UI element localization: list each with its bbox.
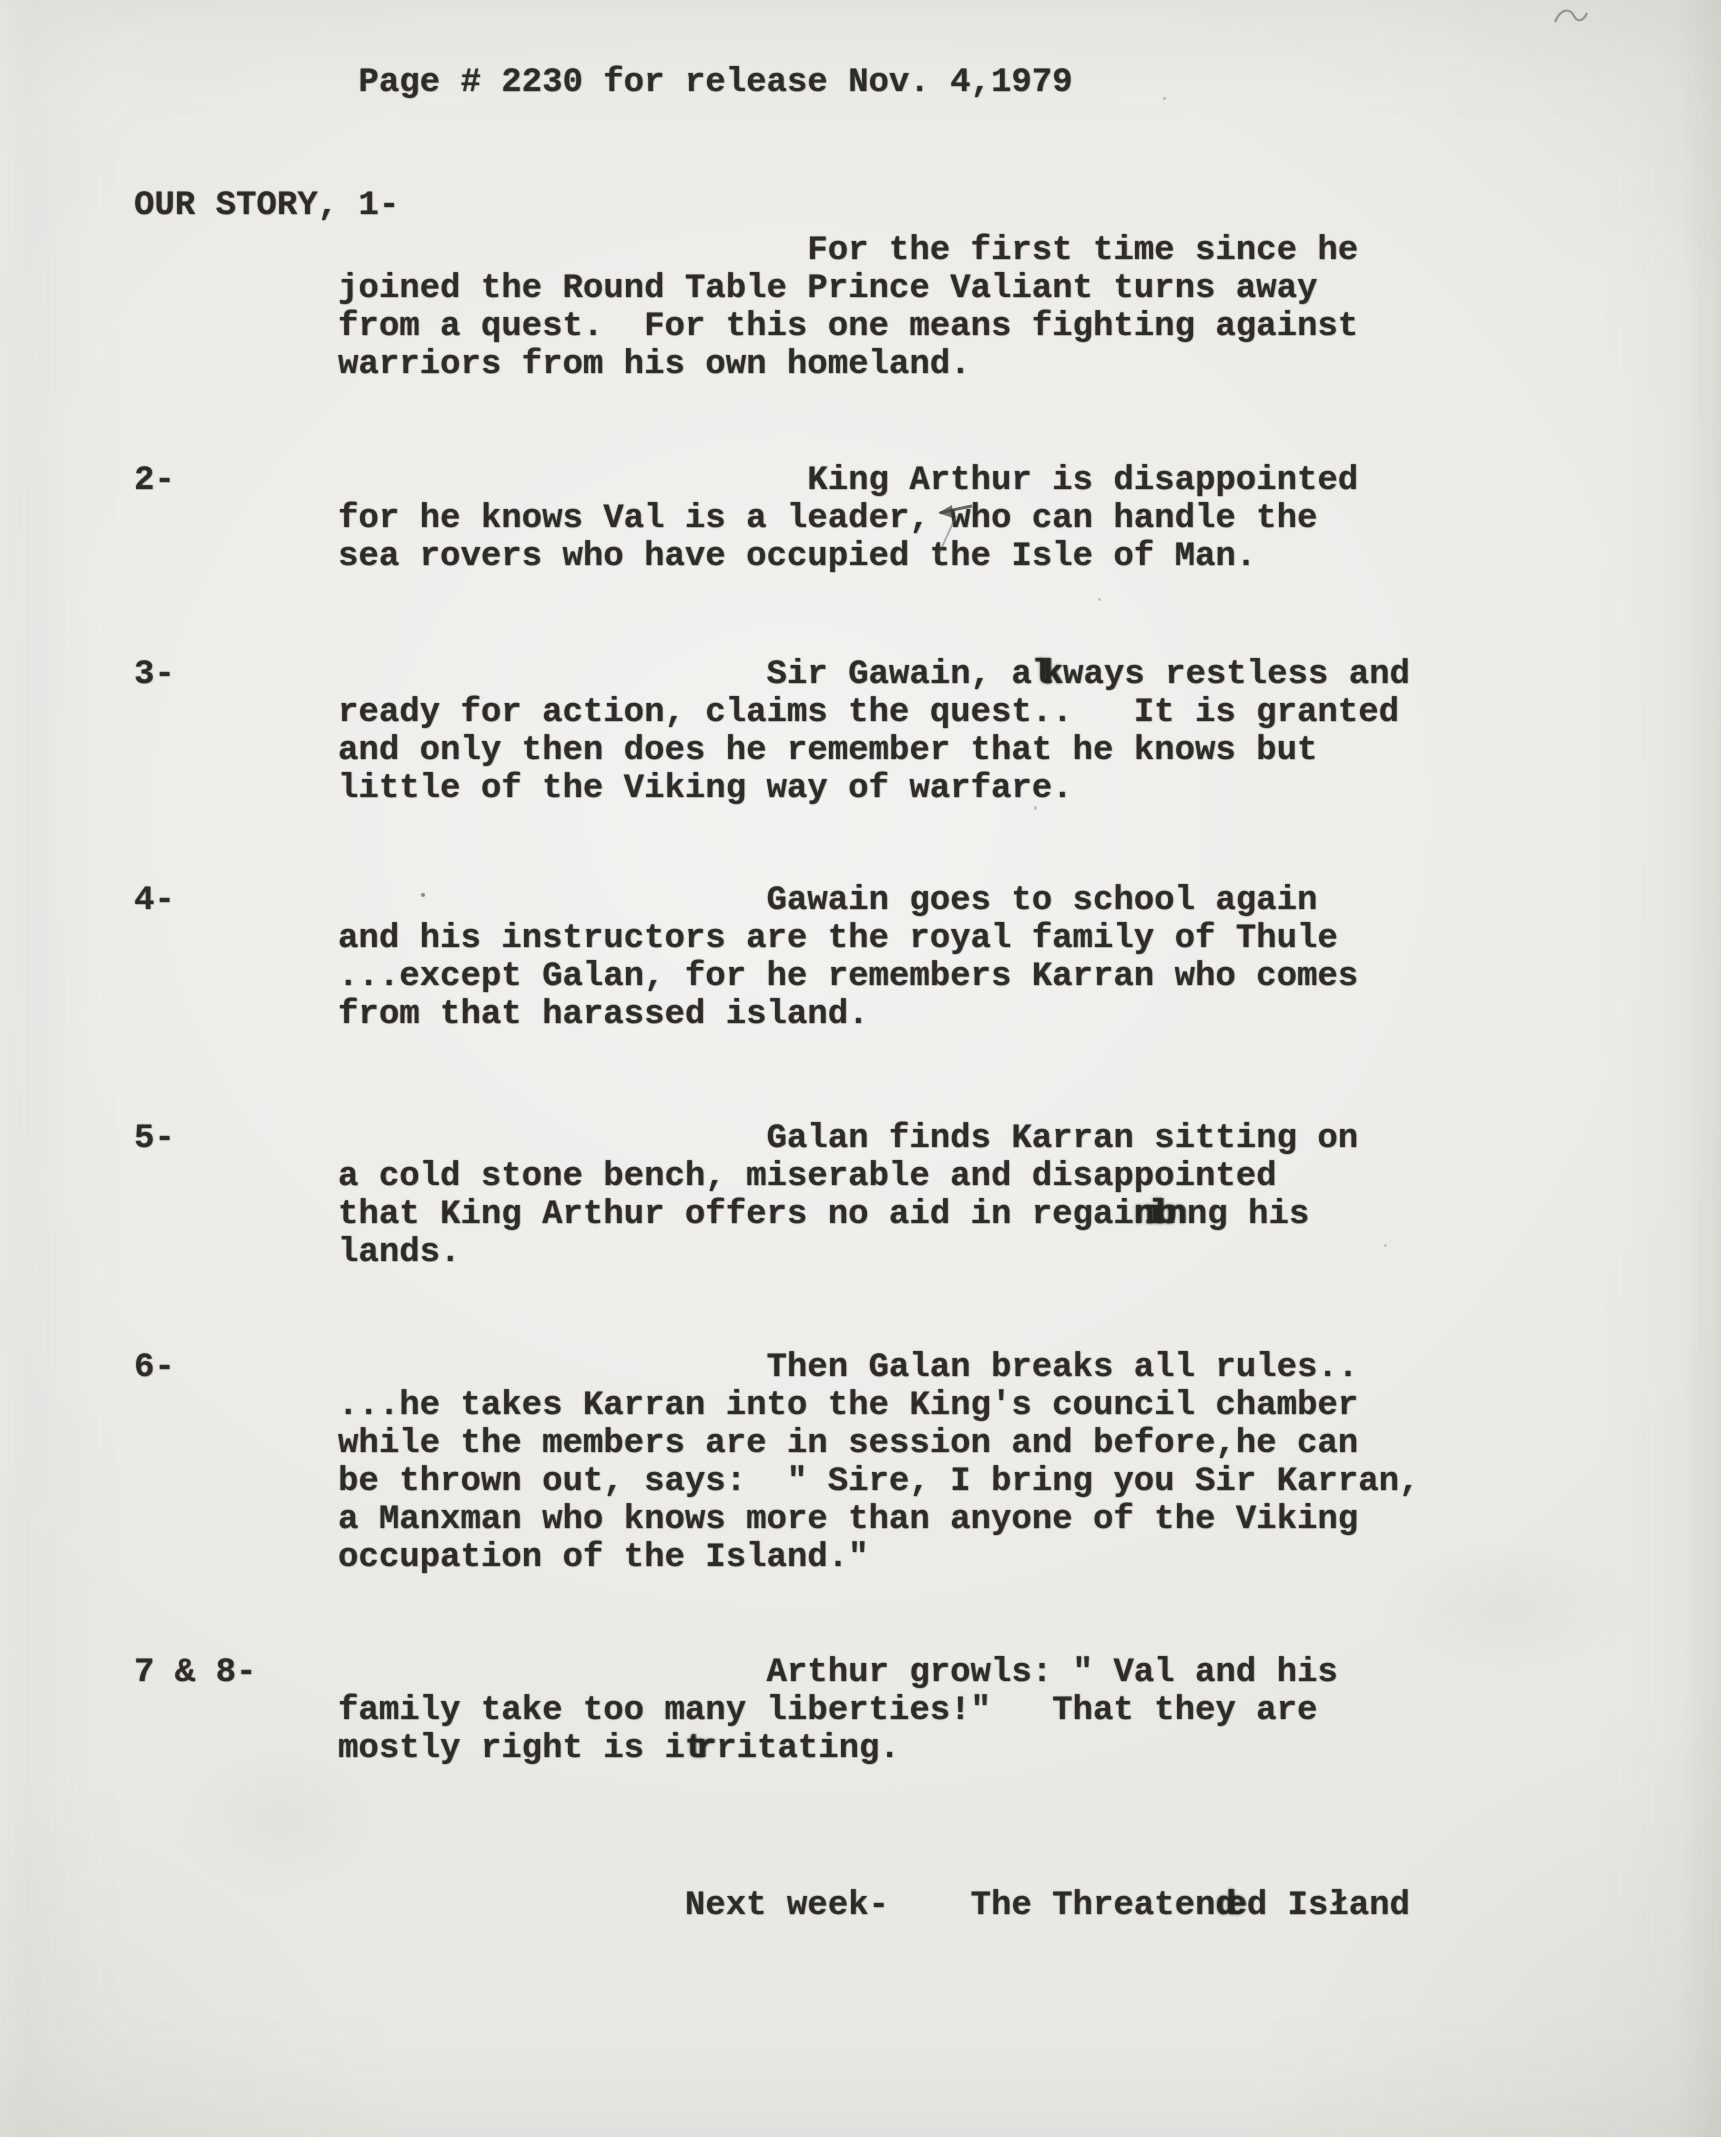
line-text: 5- Galan finds Karran sitting on [134,1120,1358,1158]
line-text: from a quest. For this one means fightin… [134,308,1358,346]
text-line: from a quest. For this one means fightin… [134,308,1358,346]
line-text: 2- King Arthur is disappointed [134,462,1358,500]
text-line: 3- Sir Gawain, alkways restless and [134,656,1410,694]
line-text: 7 & 8- Arthur growls: " Val and his [134,1654,1338,1692]
line-text: family take too many liberties!" That th… [134,1692,1317,1730]
text-line: 7 & 8- Arthur growls: " Val and his [134,1654,1338,1692]
line-text: ready for action, claims the quest.. It … [134,694,1399,732]
line-text: OUR STORY, 1- [134,187,399,225]
paragraph-4: 4- Gawain goes to school again and his i… [134,882,1358,1034]
text-line: a cold stone bench, miserable and disapp… [134,1158,1358,1196]
line-text: and only then does he remember that he k… [134,732,1317,770]
text-line: For the first time since he [134,232,1358,270]
text-line: from that harassed island. [134,996,1358,1034]
paragraph-7-8: 7 & 8- Arthur growls: " Val and his fami… [134,1654,1338,1768]
overstruck-text: tr [685,1730,707,1768]
text-line: occupation of the Island." [134,1539,1419,1577]
story-heading: OUR STORY, 1- [134,187,399,225]
line-text: For the first time since he [134,232,1358,270]
paragraph-1: For the first time since he joined the R… [134,232,1358,384]
text-line: mostly right is itrritating. [134,1730,1338,1768]
line-text: while the members are in session and bef… [134,1425,1358,1463]
paragraph-3: 3- Sir Gawain, alkways restless and read… [134,656,1410,808]
line-text: d Isłand [1247,1887,1410,1925]
line-text: a Manxman who knows more than anyone of … [134,1501,1358,1539]
line-text: Page # 2230 for release Nov. 4,1979 [134,64,1073,102]
text-line: 5- Galan finds Karran sitting on [134,1120,1358,1158]
text-line: family take too many liberties!" That th… [134,1692,1338,1730]
text-line: lands. [134,1234,1358,1272]
corner-squiggle-mark [1552,4,1592,30]
line-text: ways restless and [1063,656,1410,694]
text-line: little of the Viking way of warfare. [134,770,1410,808]
line-text: 6- Then Galan breaks all rules.. [134,1349,1358,1387]
text-line: be thrown out, says: " Sire, I bring you… [134,1463,1419,1501]
typewritten-page: Page # 2230 for release Nov. 4,1979 OUR … [0,0,1721,2137]
text-line: while the members are in session and bef… [134,1425,1419,1463]
line-text: joined the Round Table Prince Valiant tu… [134,270,1317,308]
text-line: and only then does he remember that he k… [134,732,1410,770]
line-text: mostly right is i [134,1730,685,1768]
text-line: 6- Then Galan breaks all rules.. [134,1349,1419,1387]
line-text: 3- Sir Gawain, a [134,656,1032,694]
line-text: ritating. [716,1730,900,1768]
text-line: ...he takes Karran into the King's counc… [134,1387,1419,1425]
text-line: a Manxman who knows more than anyone of … [134,1501,1419,1539]
line-text: ...except Galan, for he remembers Karran… [134,958,1358,996]
line-text: occupation of the Island." [134,1539,869,1577]
line-text: ng his [1187,1196,1309,1234]
next-week-footer: Next week- The Threatended Isłand [134,1887,1410,1925]
line-text: lands. [134,1234,460,1272]
overstruck-text: nibn [1134,1196,1178,1234]
text-line: 2- King Arthur is disappointed [134,462,1358,500]
paragraph-2: 2- King Arthur is disappointed for he kn… [134,462,1358,576]
line-text: Next week- The Threaten [134,1887,1215,1925]
line-text: sea rovers who have occupied the Isle of… [134,538,1256,576]
line-text: and his instructors are the royal family… [134,920,1338,958]
text-line: ...except Galan, for he remembers Karran… [134,958,1358,996]
text-line: and his instructors are the royal family… [134,920,1358,958]
text-line: warriors from his own homeland. [134,346,1358,384]
line-text: little of the Viking way of warfare. [134,770,1073,808]
text-line: OUR STORY, 1- [134,187,399,225]
line-text: warriors from his own homeland. [134,346,971,384]
line-text: a cold stone bench, miserable and disapp… [134,1158,1277,1196]
line-text: be thrown out, says: " Sire, I bring you… [134,1463,1419,1501]
line-text: for he knows Val is a leader, who can ha… [134,500,1317,538]
page-header: Page # 2230 for release Nov. 4,1979 [134,64,1073,102]
text-line: Next week- The Threatended Isłand [134,1887,1410,1925]
text-line: joined the Round Table Prince Valiant tu… [134,270,1358,308]
text-line: ready for action, claims the quest.. It … [134,694,1410,732]
overstruck-text: de [1215,1887,1237,1925]
paragraph-6: 6- Then Galan breaks all rules.. ...he t… [134,1349,1419,1577]
text-line: sea rovers who have occupied the Isle of… [134,538,1358,576]
text-line: Page # 2230 for release Nov. 4,1979 [134,64,1073,102]
line-text: that King Arthur offers no aid in regai [134,1196,1134,1234]
text-line: for he knows Val is a leader, who can ha… [134,500,1358,538]
text-line: that King Arthur offers no aid in regain… [134,1196,1358,1234]
line-text: from that harassed island. [134,996,869,1034]
text-line: 4- Gawain goes to school again [134,882,1358,920]
overstruck-text: lk [1032,656,1054,694]
paragraph-5: 5- Galan finds Karran sitting on a cold … [134,1120,1358,1272]
line-text: ...he takes Karran into the King's counc… [134,1387,1358,1425]
line-text: 4- Gawain goes to school again [134,882,1317,920]
